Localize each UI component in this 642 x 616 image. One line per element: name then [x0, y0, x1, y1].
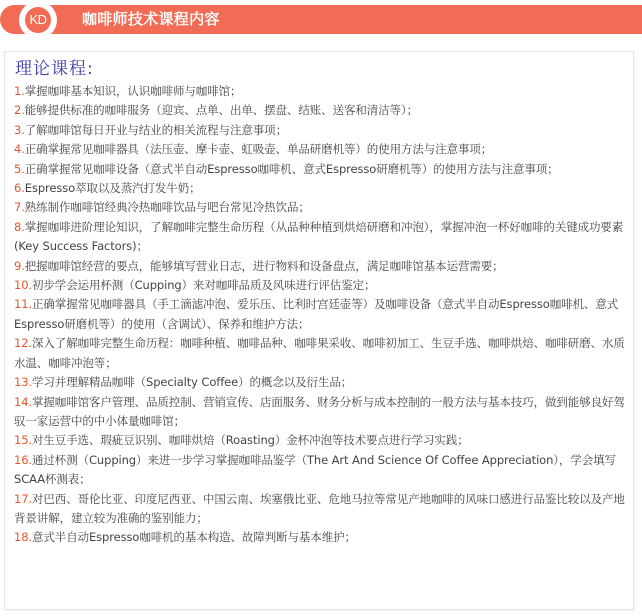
- item-number: 14.: [14, 395, 32, 409]
- item-number: 7.: [14, 200, 25, 214]
- item-number: 9.: [14, 259, 25, 273]
- item-number: 18.: [14, 530, 32, 544]
- item-text: 通过杯测（Cupping）来进一步学习掌握咖啡品鉴学（The Art And S…: [14, 453, 616, 486]
- list-item: 8.掌握咖啡进阶理论知识，了解咖啡完整生命历程（从品种种植到烘焙研磨和冲泡），掌…: [14, 218, 628, 257]
- page-title: 咖啡师技术课程内容: [82, 5, 220, 34]
- list-item: 7.熟练制作咖啡馆经典冷热咖啡饮品与吧台常见冷热饮品；: [14, 198, 628, 217]
- item-number: 15.: [14, 433, 32, 447]
- list-item: 18.意式半自动Espresso咖啡机的基本构造、故障判断与基本维护；: [14, 528, 628, 547]
- list-item: 5.正确掌握常见咖啡设备（意式半自动Espresso咖啡机、意式Espresso…: [14, 160, 628, 179]
- item-text: 对生豆手选、瑕疵豆识别、咖啡烘焙（Roasting）金杯冲泡等技术要点进行学习实…: [32, 433, 469, 447]
- item-number: 1.: [14, 84, 25, 98]
- course-list: 1.掌握咖啡基本知识，认识咖啡师与咖啡馆； 2.能够提供标准的咖啡服务（迎宾、点…: [14, 82, 628, 548]
- item-text: 掌握咖啡进阶理论知识，了解咖啡完整生命历程（从品种种植到烘焙研磨和冲泡），掌握冲…: [14, 220, 623, 253]
- item-number: 12.: [14, 336, 32, 350]
- list-item: 4.正确掌握常见咖啡器具（法压壶、摩卡壶、虹吸壶、单品研磨机等）的使用方法与注意…: [14, 140, 628, 159]
- item-text: 正确掌握常见咖啡设备（意式半自动Espresso咖啡机、意式Espresso研磨…: [25, 162, 559, 176]
- item-text: 正确掌握常见咖啡器具（法压壶、摩卡壶、虹吸壶、单品研磨机等）的使用方法与注意事项…: [25, 142, 492, 156]
- list-item: 6.Espresso萃取以及蒸汽打发牛奶；: [14, 179, 628, 198]
- item-text: Espresso萃取以及蒸汽打发牛奶；: [25, 181, 201, 195]
- item-text: 初步学会运用杯测（Cupping）来对咖啡品质及风味进行评估鉴定；: [32, 278, 375, 292]
- logo-badge: KD: [25, 7, 51, 33]
- item-text: 学习并理解精品咖啡（Specialty Coffee）的概念以及衍生品；: [32, 375, 352, 389]
- list-item: 10.初步学会运用杯测（Cupping）来对咖啡品质及风味进行评估鉴定；: [14, 276, 628, 295]
- section-title: 理论课程:: [15, 58, 94, 80]
- list-item: 13.学习并理解精品咖啡（Specialty Coffee）的概念以及衍生品；: [14, 373, 628, 392]
- list-item: 9.把握咖啡馆经营的要点，能够填写营业日志，进行物料和设备盘点，满足咖啡馆基本运…: [14, 257, 628, 276]
- item-text: 能够提供标准的咖啡服务（迎宾、点单、出单、摆盘、结账、送客和清洁等）；: [25, 103, 418, 117]
- item-text: 对巴西、哥伦比亚、印度尼西亚、中国云南、埃塞俄比亚、危地马拉等常见产地咖啡的风味…: [14, 492, 625, 525]
- item-text: 把握咖啡馆经营的要点，能够填写营业日志，进行物料和设备盘点，满足咖啡馆基本运营需…: [25, 259, 504, 273]
- item-number: 3.: [14, 123, 25, 137]
- list-item: 14.掌握咖啡馆客户管理、品质控制、营销宣传、店面服务、财务分析与成本控制的一般…: [14, 393, 628, 432]
- list-item: 15.对生豆手选、瑕疵豆识别、咖啡烘焙（Roasting）金杯冲泡等技术要点进行…: [14, 431, 628, 450]
- item-text: 深入了解咖啡完整生命历程：咖啡种植、咖啡品种、咖啡果采收、咖啡初加工、生豆手选、…: [14, 336, 625, 369]
- list-item: 11.正确掌握常见咖啡器具（手工滴滤冲泡、爱乐压、比利时宫廷壶等）及咖啡设备（意…: [14, 295, 628, 334]
- item-text: 意式半自动Espresso咖啡机的基本构造、故障判断与基本维护；: [32, 530, 356, 544]
- item-text: 掌握咖啡基本知识，认识咖啡师与咖啡馆；: [25, 84, 242, 98]
- item-text: 正确掌握常见咖啡器具（手工滴滤冲泡、爱乐压、比利时宫廷壶等）及咖啡设备（意式半自…: [14, 297, 618, 330]
- list-item: 1.掌握咖啡基本知识，认识咖啡师与咖啡馆；: [14, 82, 628, 101]
- item-number: 16.: [14, 453, 32, 467]
- course-content-box: 理论课程: 1.掌握咖啡基本知识，认识咖啡师与咖啡馆； 2.能够提供标准的咖啡服…: [4, 51, 634, 610]
- item-text: 了解咖啡馆每日开业与结业的相关流程与注意事项；: [25, 123, 287, 137]
- list-item: 12.深入了解咖啡完整生命历程：咖啡种植、咖啡品种、咖啡果采收、咖啡初加工、生豆…: [14, 334, 628, 373]
- item-number: 10.: [14, 278, 32, 292]
- item-number: 13.: [14, 375, 32, 389]
- item-number: 17.: [14, 492, 32, 506]
- list-item: 2.能够提供标准的咖啡服务（迎宾、点单、出单、摆盘、结账、送客和清洁等）；: [14, 101, 628, 120]
- item-text: 掌握咖啡馆客户管理、品质控制、营销宣传、店面服务、财务分析与成本控制的一般方法与…: [14, 395, 625, 428]
- list-item: 16.通过杯测（Cupping）来进一步学习掌握咖啡品鉴学（The Art An…: [14, 451, 628, 490]
- item-number: 11.: [14, 297, 32, 311]
- item-number: 8.: [14, 220, 25, 234]
- item-number: 2.: [14, 103, 25, 117]
- item-number: 5.: [14, 162, 25, 176]
- item-number: 6.: [14, 181, 25, 195]
- list-item: 3.了解咖啡馆每日开业与结业的相关流程与注意事项；: [14, 121, 628, 140]
- list-item: 17.对巴西、哥伦比亚、印度尼西亚、中国云南、埃塞俄比亚、危地马拉等常见产地咖啡…: [14, 490, 628, 529]
- item-number: 4.: [14, 142, 25, 156]
- item-text: 熟练制作咖啡馆经典冷热咖啡饮品与吧台常见冷热饮品；: [25, 200, 310, 214]
